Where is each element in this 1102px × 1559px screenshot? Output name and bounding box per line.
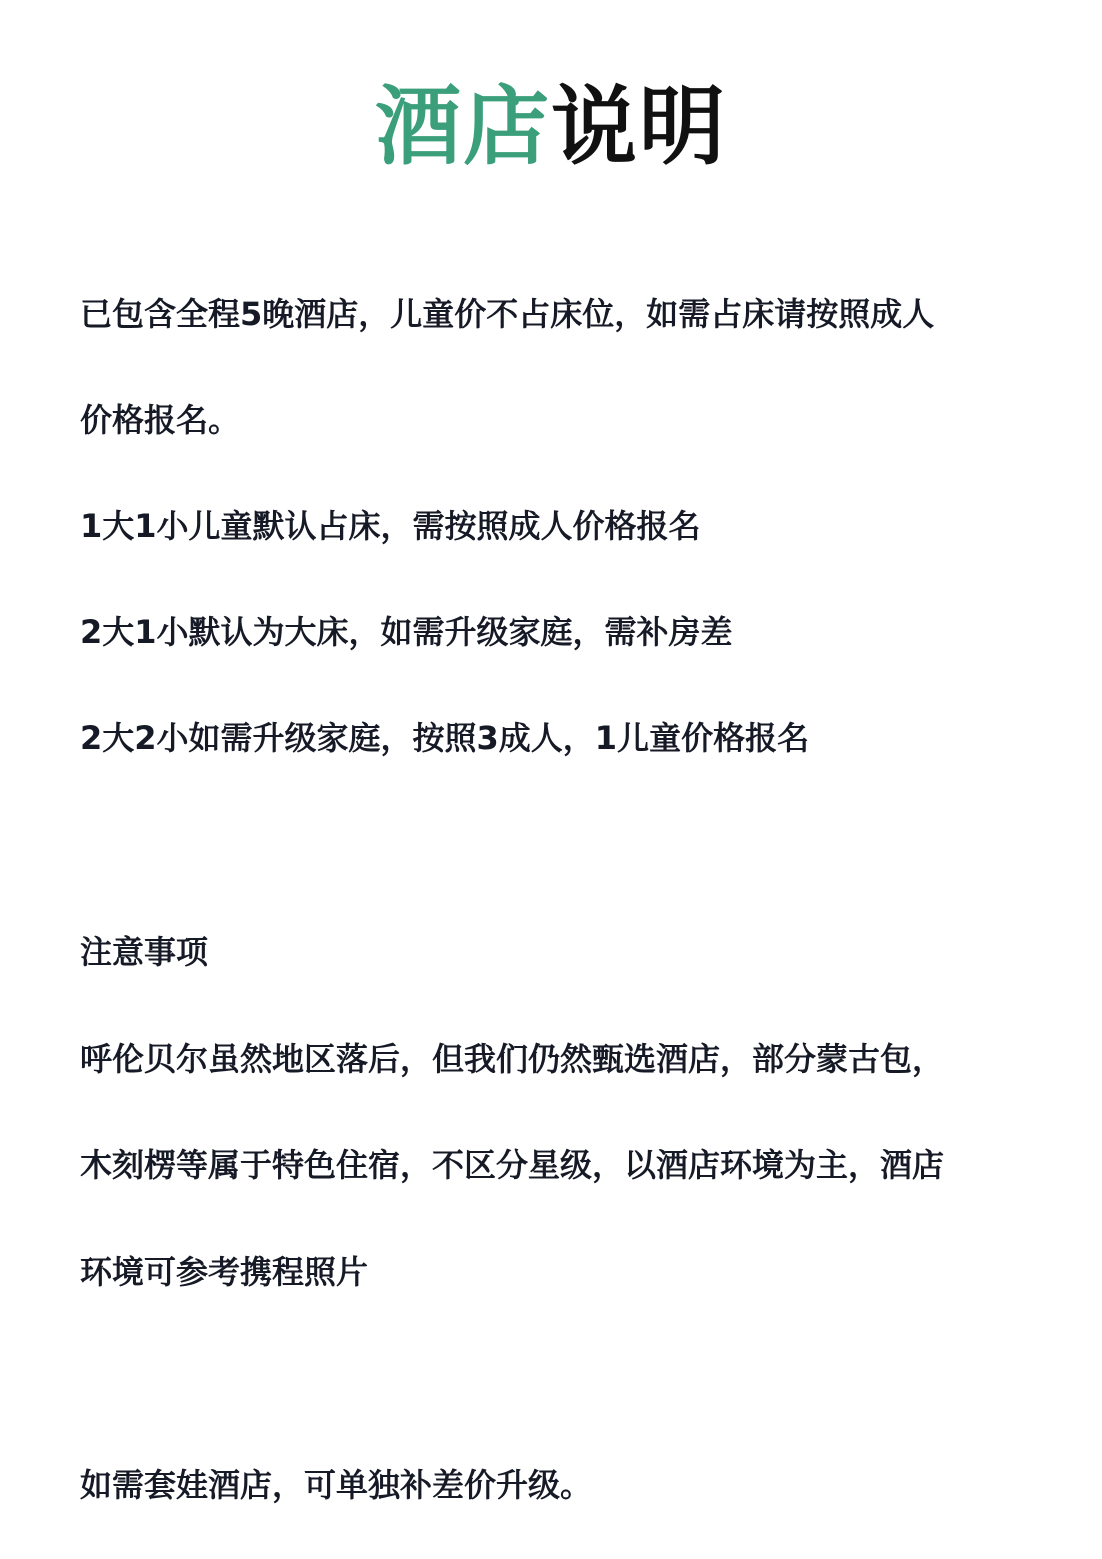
title-dark: 说明 bbox=[551, 77, 727, 177]
notes-heading: 注意事项 bbox=[80, 930, 208, 974]
hotel-info-line: 1大1小儿童默认占床，需按照成人价格报名 bbox=[80, 504, 701, 548]
hotel-info-line: 价格报名。 bbox=[80, 398, 240, 442]
notes-line: 呼伦贝尔虽然地区落后，但我们仍然甄选酒店，部分蒙古包， bbox=[80, 1037, 944, 1081]
hotel-info-line: 2大2小如需升级家庭，按照3成人，1儿童价格报名 bbox=[80, 716, 809, 760]
page-title: 酒店说明 bbox=[0, 72, 1102, 182]
hotel-info-line: 2大1小默认为大床，如需升级家庭，需补房差 bbox=[80, 610, 733, 654]
footer-note: 如需套娃酒店，可单独补差价升级。 bbox=[80, 1463, 592, 1507]
notes-line: 木刻楞等属于特色住宿，不区分星级，以酒店环境为主，酒店 bbox=[80, 1143, 944, 1187]
notes-line: 环境可参考携程照片 bbox=[80, 1250, 368, 1294]
hotel-info-line: 已包含全程5晚酒店，儿童价不占床位，如需占床请按照成人 bbox=[80, 292, 934, 336]
title-accent: 酒店 bbox=[375, 77, 551, 177]
